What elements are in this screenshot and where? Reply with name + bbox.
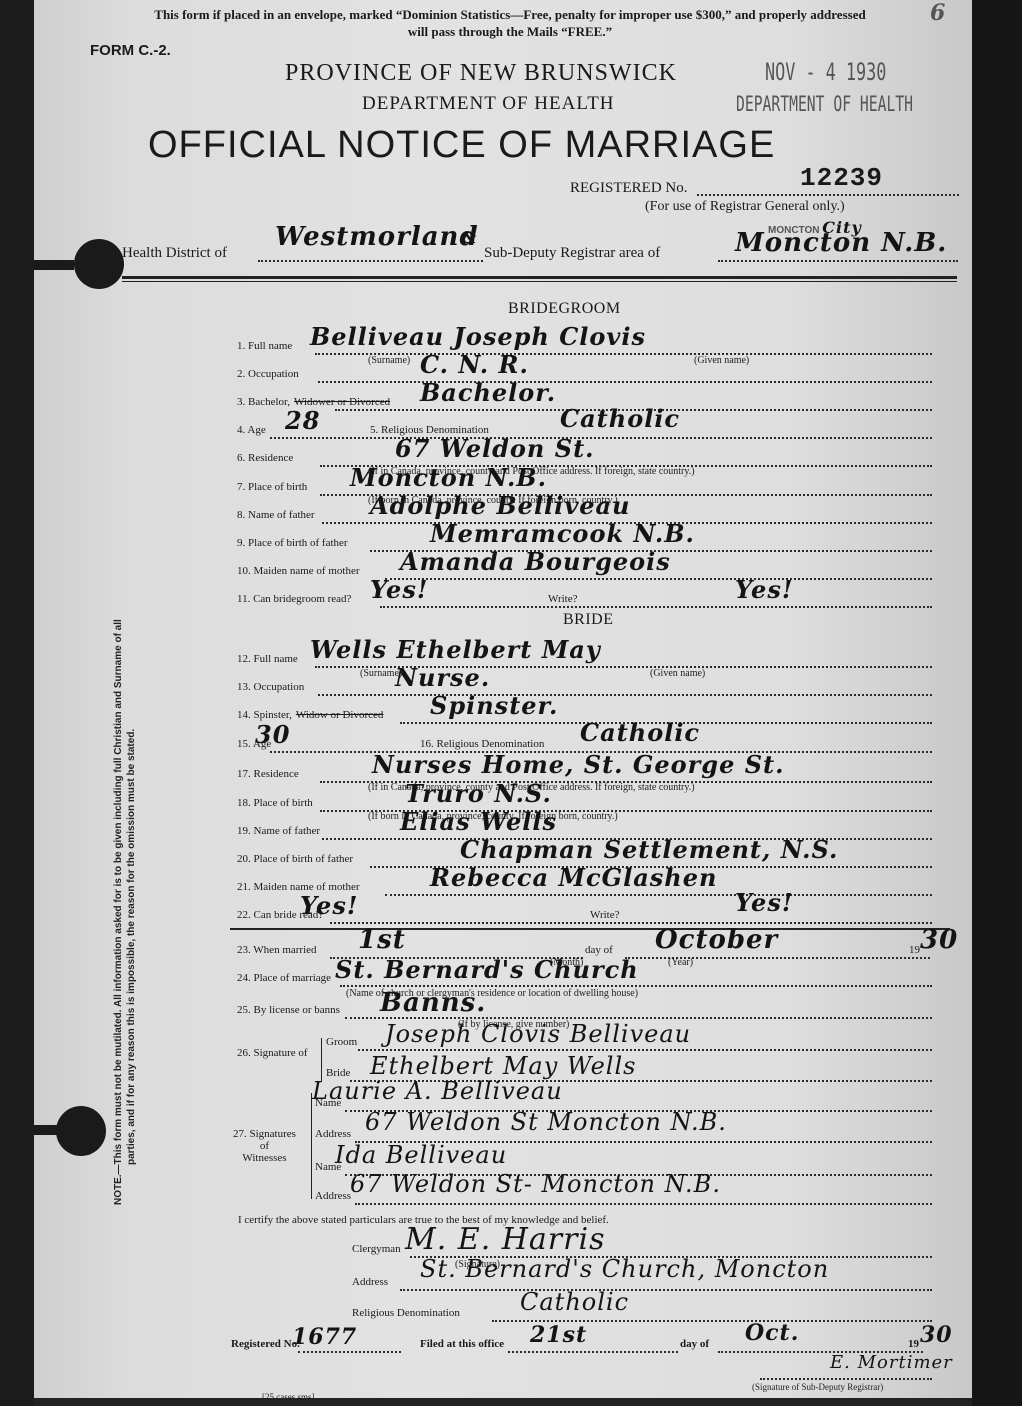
- field-label: 18. Place of birth: [237, 797, 313, 809]
- sub-deputy-signature-hint: (Signature of Sub-Deputy Registrar): [752, 1382, 883, 1392]
- header-divider: [122, 276, 957, 279]
- groom-signature-line: [358, 1049, 932, 1051]
- sub-deputy-signature: E. Mortimer: [830, 1352, 953, 1373]
- field-value: Nurses Home, St. George St.: [372, 750, 784, 779]
- field-label-text: 11. Can bridegroom read?: [237, 593, 351, 605]
- field-label: 6. Residence: [237, 452, 293, 464]
- field-label: 17. Residence: [237, 768, 299, 780]
- side-note-line1: NOTE.—This form must not be mutilated. A…: [112, 425, 125, 1205]
- bride-write-value: Yes!: [735, 888, 793, 917]
- when-married-day: 1st: [358, 925, 406, 955]
- witness-address-line: [355, 1203, 932, 1205]
- when-married-month: October: [655, 925, 778, 955]
- bride-religion-value: Catholic: [580, 718, 700, 747]
- bridegroom-section-title: BRIDEGROOM: [508, 300, 621, 318]
- filed-label: Filed at this office: [420, 1338, 504, 1350]
- field-label-text: 17. Residence: [237, 768, 299, 780]
- field-label-text: 13. Occupation: [237, 681, 304, 693]
- postal-note: This form if placed in an envelope, mark…: [60, 6, 960, 40]
- sub-deputy-value: Moncton N.B.: [735, 228, 947, 258]
- groom-write-value: Yes!: [735, 575, 793, 604]
- filed-day-of-label: day of: [680, 1338, 709, 1350]
- field-label-text: 20. Place of birth of father: [237, 853, 353, 865]
- witness-name: Laurie A. Belliveau: [312, 1077, 563, 1105]
- field-line: [318, 694, 932, 696]
- sub-deputy-label: Sub-Deputy Registrar area of: [484, 245, 660, 262]
- groom-given-hint: (Given name): [694, 355, 749, 366]
- punch-hole-bottom: [56, 1106, 106, 1156]
- received-stamp-date: NOV - 4 1930: [765, 58, 886, 86]
- footer-registered-label: Registered No.: [231, 1338, 300, 1350]
- field-label: 1. Full name: [237, 340, 292, 352]
- witnesses-label-line2: of: [233, 1140, 296, 1152]
- signature-of-label: 26. Signature of: [237, 1047, 308, 1059]
- health-district-label: Health District of: [122, 245, 227, 262]
- field-line: [270, 437, 932, 439]
- field-value: Memramcook N.B.: [430, 519, 695, 548]
- filed-year-prefix: 19: [908, 1338, 919, 1350]
- field-label: 11. Can bridegroom read?: [237, 593, 351, 605]
- signature-brace: [321, 1038, 322, 1082]
- field-label: 9. Place of birth of father: [237, 537, 348, 549]
- sub-deputy-line: [718, 260, 958, 262]
- clergyman-religion-label: Religious Denomination: [352, 1307, 460, 1319]
- punch-hole-top: [74, 239, 124, 289]
- filed-day-value: 21st: [530, 1322, 587, 1348]
- footer-registered-value: 1677: [292, 1324, 357, 1350]
- clergyman-address-value: St. Bernard's Church, Moncton: [420, 1255, 829, 1283]
- field-label-text: 9. Place of birth of father: [237, 537, 348, 549]
- field-line: [330, 922, 932, 924]
- clergyman-religion-value: Catholic: [520, 1288, 629, 1316]
- bride-signature: Ethelbert May Wells: [370, 1052, 636, 1080]
- groom-religion-value: Catholic: [560, 404, 680, 433]
- field-line: [385, 578, 932, 580]
- field-line: [380, 606, 932, 608]
- scan-right-border: [972, 0, 1022, 1406]
- place-of-marriage-line: [340, 985, 932, 987]
- field-value: 67 Weldon St.: [395, 434, 595, 463]
- side-note-line2: parties, and if for any reason this is i…: [125, 425, 138, 1205]
- health-district-suffix: &: [462, 228, 477, 247]
- sub-deputy-signature-line: [760, 1378, 932, 1380]
- corner-mark: 6: [930, 0, 946, 26]
- filed-day-line: [508, 1351, 678, 1353]
- health-district-value: Westmorland: [275, 222, 479, 252]
- bride-write-label: Write?: [590, 909, 619, 921]
- field-value: Chapman Settlement, N.S.: [460, 835, 838, 864]
- field-value: Adolphe Belliveau: [370, 491, 631, 520]
- witnesses-label-line1: 27. Signatures: [233, 1128, 296, 1140]
- registered-number-line: [697, 194, 959, 196]
- groom-signature: Joseph Clovis Belliveau: [385, 1020, 691, 1048]
- clergyman-address-label: Address: [352, 1276, 388, 1288]
- witness-address-label: Address: [315, 1190, 351, 1202]
- field-label: 19. Name of father: [237, 825, 320, 837]
- field-value: 28: [285, 406, 320, 435]
- footer-registered-line: [298, 1351, 401, 1353]
- field-value: Bachelor.: [420, 378, 556, 407]
- field-label-text: 6. Residence: [237, 452, 293, 464]
- when-married-year: 30: [920, 925, 958, 955]
- witnesses-brace: [311, 1093, 312, 1199]
- field-label: 12. Full name: [237, 653, 298, 665]
- field-line: [385, 894, 932, 896]
- field-label-text: 12. Full name: [237, 653, 298, 665]
- field-label-text: 2. Occupation: [237, 368, 299, 380]
- when-married-label: 23. When married: [237, 944, 317, 956]
- bride-religion-label: 16. Religious Denomination: [420, 738, 544, 750]
- field-label: 7. Place of birth: [237, 481, 307, 493]
- groom-signature-label: Groom: [326, 1036, 357, 1048]
- field-value: Moncton N.B.: [350, 463, 547, 492]
- registered-number-value: 12239: [800, 163, 883, 193]
- witness-address: 67 Weldon St Moncton N.B.: [365, 1108, 727, 1136]
- registrar-note: (For use of Registrar General only.): [645, 199, 845, 215]
- groom-religion-label: 5. Religious Denomination: [370, 424, 489, 436]
- province-heading: PROVINCE OF NEW BRUNSWICK: [285, 60, 677, 87]
- witness-address-label: Address: [315, 1128, 351, 1140]
- postal-note-line1: This form if placed in an envelope, mark…: [60, 6, 960, 23]
- filed-year-value: 30: [920, 1322, 953, 1348]
- form-title: OFFICIAL NOTICE OF MARRIAGE: [148, 124, 775, 167]
- place-of-marriage-value: St. Bernard's Church: [335, 955, 639, 984]
- header-divider-2: [122, 281, 957, 282]
- received-stamp-dept: DEPARTMENT OF HEALTH: [736, 92, 913, 116]
- field-label: 10. Maiden name of mother: [237, 565, 360, 577]
- field-label: 2. Occupation: [237, 368, 299, 380]
- bride-section-title: BRIDE: [563, 611, 614, 629]
- field-label-text: 18. Place of birth: [237, 797, 313, 809]
- field-value: Spinster.: [430, 691, 558, 720]
- field-label-text: 8. Name of father: [237, 509, 315, 521]
- field-value: Elias Wells: [400, 807, 557, 836]
- field-label-text: 3. Bachelor,: [237, 396, 290, 408]
- bride-given-hint: (Given name): [650, 668, 705, 679]
- field-value: Rebecca McGlashen: [430, 863, 717, 892]
- field-value: C. N. R.: [420, 350, 529, 379]
- field-label-text: 7. Place of birth: [237, 481, 307, 493]
- field-label-struck: Widow or Divorced: [296, 709, 384, 721]
- field-label-text: 1. Full name: [237, 340, 292, 352]
- field-value: Yes!: [370, 575, 428, 604]
- field-value: Truro N.S.: [405, 779, 552, 808]
- groom-surname-hint: (Surname): [368, 355, 410, 366]
- field-value: Yes!: [300, 891, 358, 920]
- place-of-marriage-label: 24. Place of marriage: [237, 972, 331, 984]
- field-line: [318, 381, 932, 383]
- field-label-text: 4. Age: [237, 424, 266, 436]
- clergyman-address-line: [400, 1289, 932, 1291]
- license-label: 25. By license or banns: [237, 1004, 340, 1016]
- field-label-text: 19. Name of father: [237, 825, 320, 837]
- registered-number-label: REGISTERED No.: [570, 180, 688, 197]
- witness-name: Ida Belliveau: [335, 1141, 507, 1169]
- clergyman-signature: M. E. Harris: [405, 1222, 605, 1257]
- side-note: NOTE.—This form must not be mutilated. A…: [112, 425, 138, 1205]
- field-value: Wells Ethelbert May: [310, 635, 601, 664]
- field-value: Nurse.: [395, 663, 490, 692]
- witnesses-label-line3: Witnesses: [233, 1152, 296, 1164]
- year-hint: (Year): [668, 957, 693, 968]
- scan-bottom-edge: [34, 1398, 972, 1406]
- scan-left-border: [0, 0, 34, 1406]
- field-label: 8. Name of father: [237, 509, 315, 521]
- bride-surname-hint: (Surname): [360, 668, 402, 679]
- year-prefix: 19: [909, 944, 920, 956]
- field-value: Belliveau Joseph Clovis: [310, 322, 646, 351]
- field-label: 13. Occupation: [237, 681, 304, 693]
- witness-address: 67 Weldon St- Moncton N.B.: [350, 1170, 721, 1198]
- field-value: Amanda Bourgeois: [400, 547, 671, 576]
- print-code: [25 cases sms]: [262, 1392, 315, 1402]
- license-value: Banns.: [380, 988, 486, 1018]
- binder-tab: [34, 260, 74, 270]
- field-label: 20. Place of birth of father: [237, 853, 353, 865]
- form-id: FORM C.-2.: [90, 42, 171, 59]
- filed-month-value: Oct.: [745, 1320, 799, 1346]
- field-label-text: 10. Maiden name of mother: [237, 565, 360, 577]
- clergyman-label: Clergyman: [352, 1243, 401, 1255]
- groom-write-label: Write?: [548, 593, 577, 605]
- field-label: 4. Age: [237, 424, 266, 436]
- witnesses-label: 27. Signatures of Witnesses: [233, 1128, 296, 1164]
- health-district-line: [258, 260, 483, 262]
- postal-note-line2: will pass through the Mails “FREE.”: [60, 23, 960, 40]
- field-value: 30: [255, 720, 290, 749]
- bride-divider: [230, 928, 950, 930]
- department-heading: DEPARTMENT OF HEALTH: [362, 93, 615, 115]
